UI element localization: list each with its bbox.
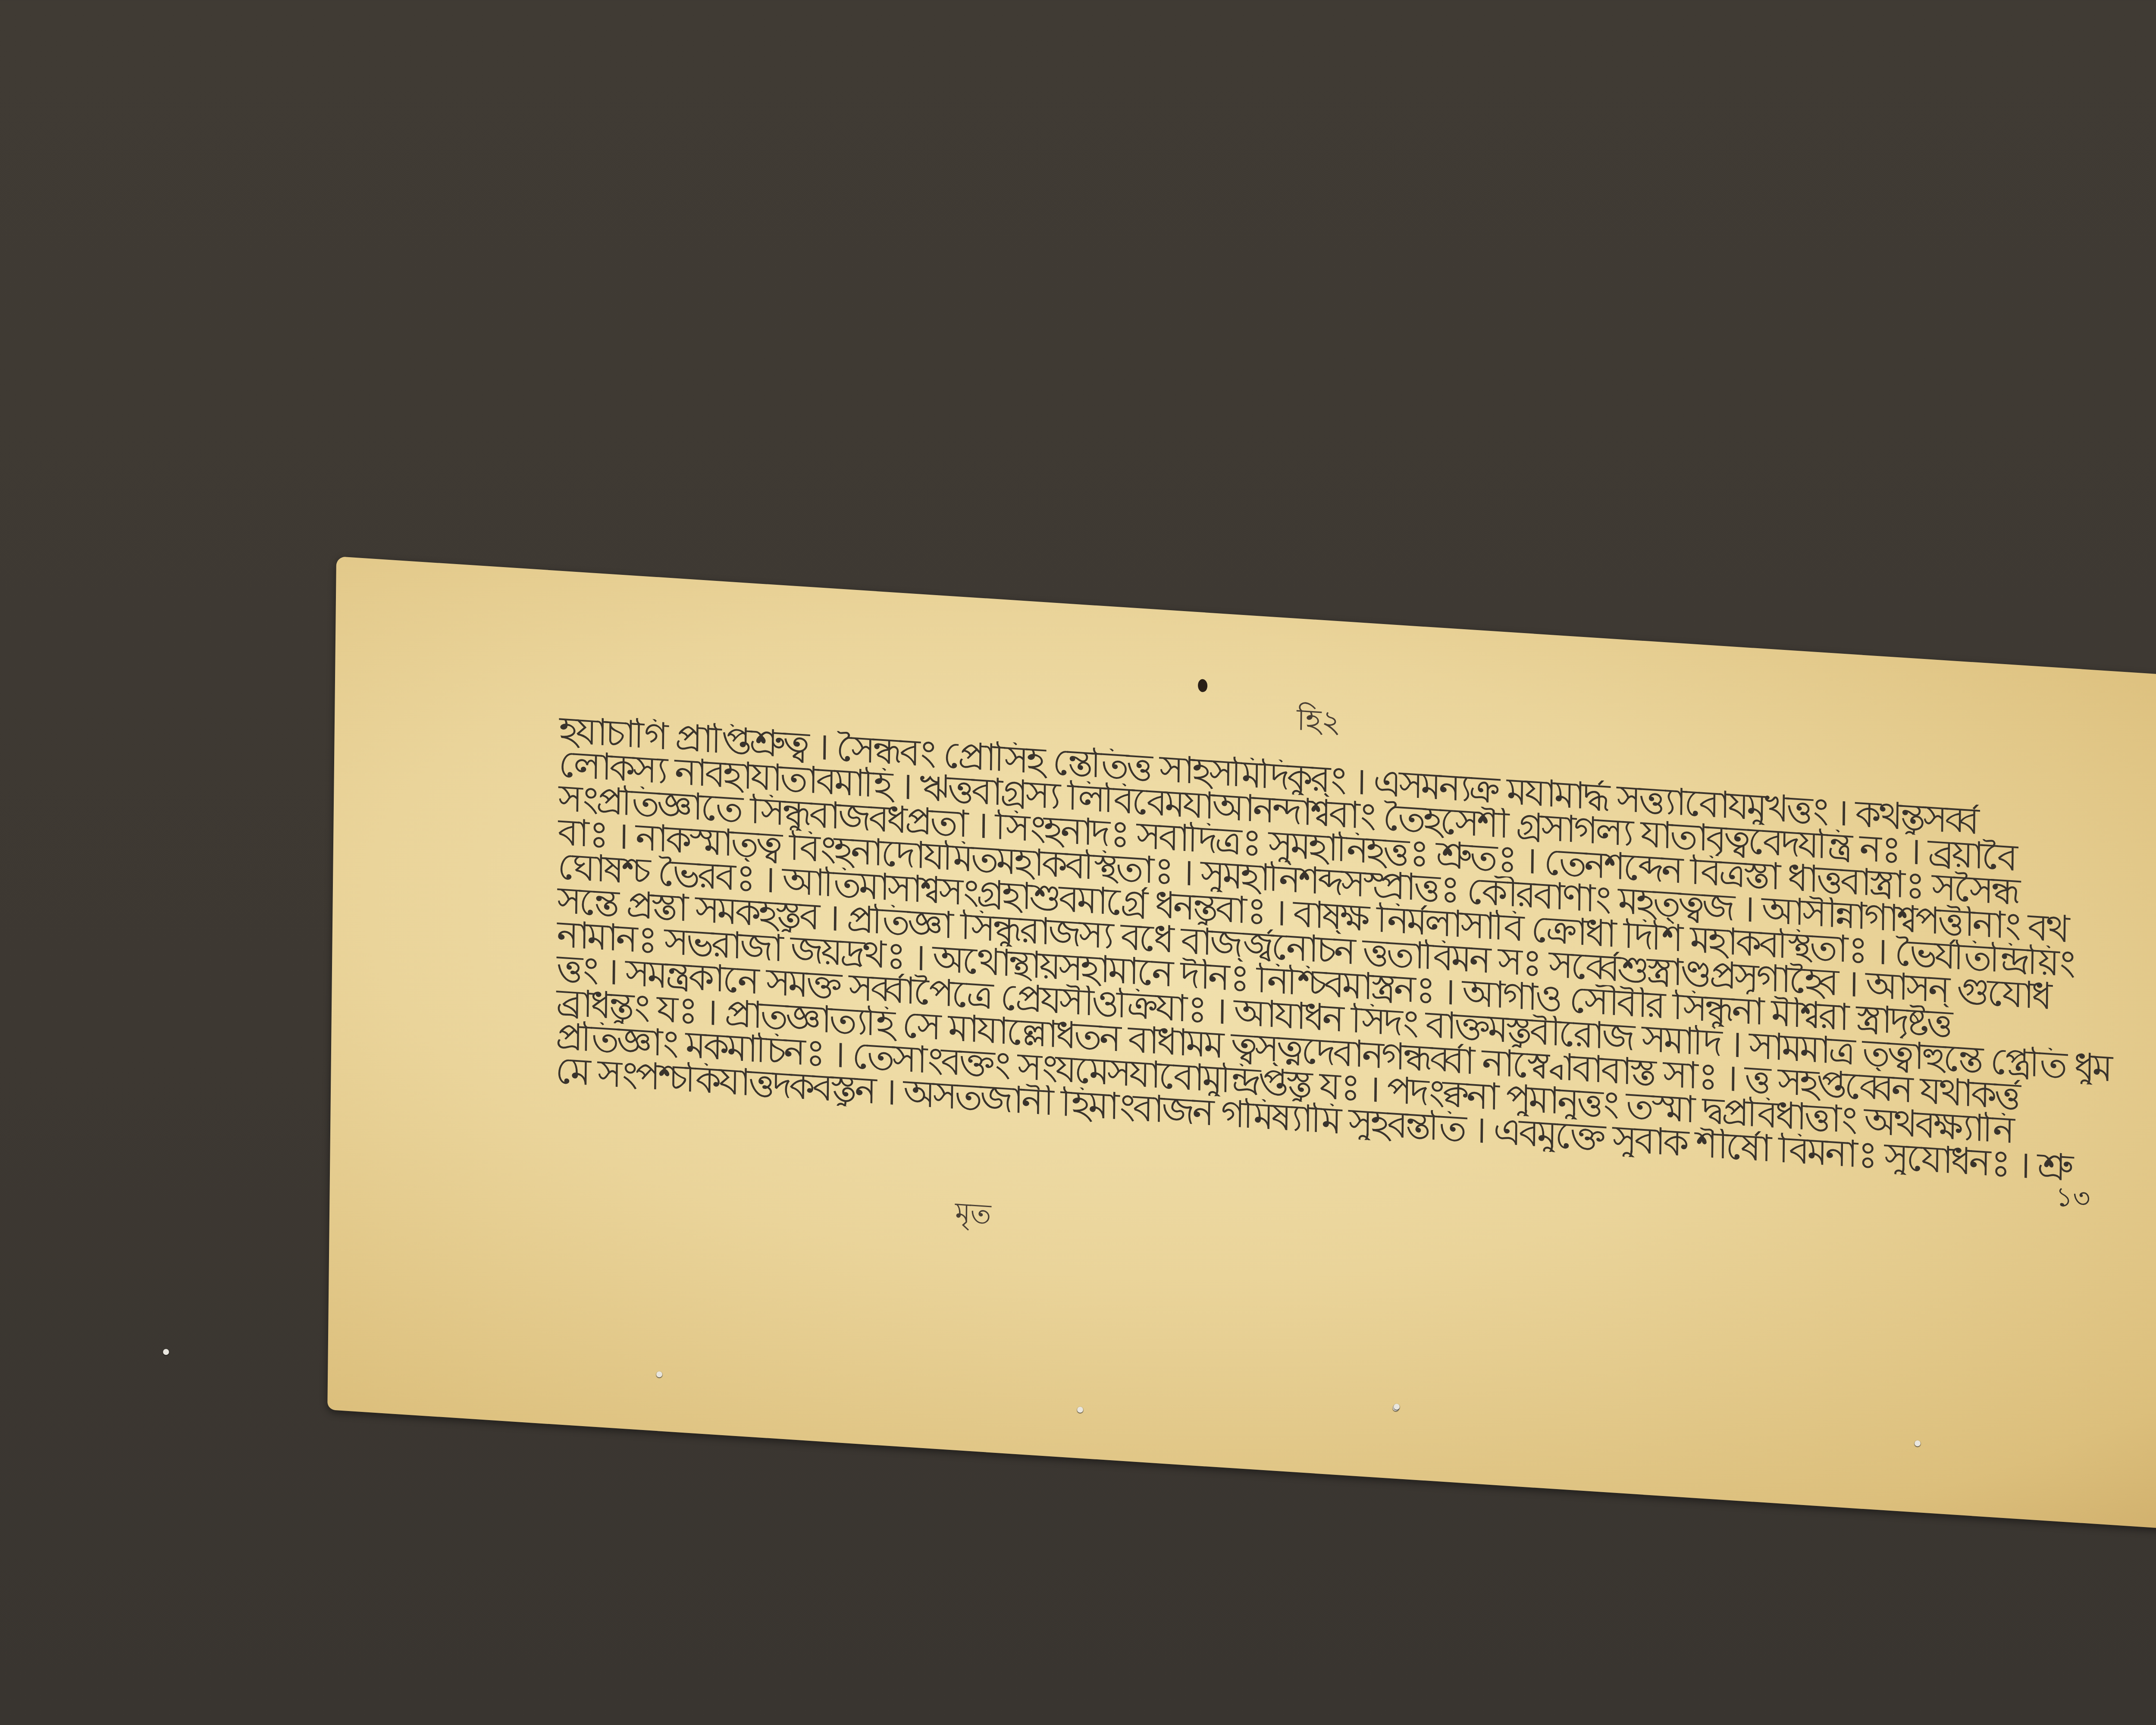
folio-bottom-mark: মৃত xyxy=(955,1192,991,1240)
mounting-pin xyxy=(163,1349,169,1355)
manuscript-folio: হি২ হযাচাগি প্রাপ্তিশ্রুত্ব । সৈন্ধবং প্… xyxy=(327,556,2156,1533)
folio-page-number: ১৩ xyxy=(2055,1176,2090,1223)
folio-top-mark: হি২ xyxy=(1297,696,1341,750)
mounting-pin xyxy=(1077,1407,1083,1413)
mounting-pin xyxy=(656,1371,662,1377)
manuscript-text: হযাচাগি প্রাপ্তিশ্রুত্ব । সৈন্ধবং প্রোসি… xyxy=(555,713,2133,1189)
mounting-pin xyxy=(1915,1440,1921,1446)
mounting-pin xyxy=(1394,1404,1400,1410)
worm-hole xyxy=(1198,679,1207,692)
